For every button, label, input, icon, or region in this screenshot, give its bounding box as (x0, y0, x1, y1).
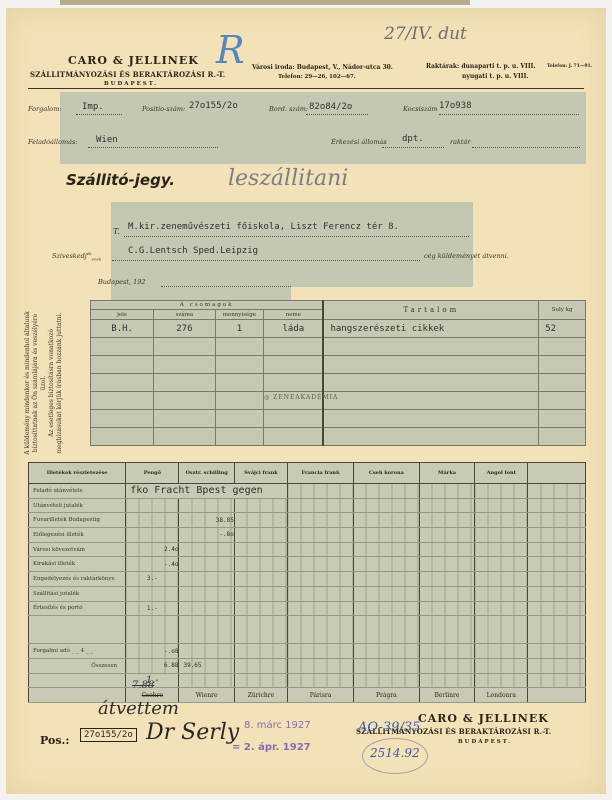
fees-col-pengo: Pengő (126, 463, 179, 484)
total-schilling: 39.65 (179, 658, 234, 673)
fee-schilling (179, 542, 234, 557)
packages-group-header: A csomagok (91, 301, 324, 310)
fee-pengo: -.4o (126, 557, 179, 572)
fee-schilling (179, 557, 234, 572)
struck-handwritten-amount: 7.88 (132, 680, 154, 691)
fee-pengo (126, 586, 179, 601)
cell-jele: B.H. (91, 320, 154, 338)
erkezesi-value: dpt. (402, 134, 424, 144)
bord-value: 82o84/2o (309, 102, 352, 112)
fee-label: Fuvarilleték Budapestig (29, 513, 126, 528)
fees-col-label: Illetékek részletezése (29, 463, 126, 484)
fee-row: Előlegezési illeték -.8o (29, 528, 586, 543)
ceg-label: cég küldeményét átvenni. (424, 252, 509, 260)
table-row (91, 374, 586, 392)
fee-label: Előlegezési illeték (29, 528, 126, 543)
handwritten-instruction: leszállitani (228, 166, 348, 191)
weight-header: Suly kg (539, 301, 586, 320)
fee-pengo: 3.- (126, 572, 179, 587)
fee-row (29, 616, 586, 644)
city-office-phone: Telefon: 29—26, 102—67. (278, 74, 356, 80)
bord-line (306, 114, 368, 115)
place-date-line (161, 286, 291, 287)
cell-szama: 276 (154, 320, 215, 338)
cell-neme: láda (264, 320, 324, 338)
dest-berlinre: Berlinre (419, 688, 474, 703)
fees-table: Illetékek részletezése Pengő Osztr. schi… (28, 462, 586, 703)
forgalom-line (76, 114, 122, 115)
stamp-date-2: = 2. ápr. 1927 (232, 742, 311, 753)
fees-col-extra (528, 463, 586, 484)
content-header: Tartalom (323, 301, 538, 320)
cell-tartalom: hangszerészeti cikkek (323, 320, 538, 338)
table-row (91, 428, 586, 446)
fee-row: Engedélyezés és raktárkönyv. 3.- (29, 572, 586, 587)
warehouses-address-2: nyugati t. p. u. VIII. (462, 73, 528, 80)
table-row: B.H. 276 1 láda hangszerészeti cikkek 52 (91, 320, 586, 338)
dest-wienre: Wienre (179, 688, 234, 703)
to-prefix: T. (113, 227, 120, 236)
fees-col-marka: Márka (419, 463, 474, 484)
recipient-line (124, 236, 469, 237)
felado-line (88, 147, 218, 148)
fees-extra-row: 1.- (29, 673, 586, 688)
header-rule (28, 88, 584, 89)
fee-row: Értesítés és portó 1.- (29, 601, 586, 616)
pos-label: Pos.: (40, 734, 69, 747)
cell-mennyisege: 1 (215, 320, 264, 338)
side-note: A küldemény mindenkor és mindenhol által… (24, 308, 64, 458)
fee-label (29, 616, 126, 644)
warehouses-phone: Telefon: J. 71—91. (547, 64, 592, 69)
company-city: BUDAPEST. (104, 81, 158, 87)
fee-row: Fuvarilleték Budapestig 38.85 (29, 513, 586, 528)
fee-label: Engedélyezés és raktárkönyv. (29, 572, 126, 587)
table-row (91, 410, 586, 428)
bord-label: Bord. szám: (269, 105, 308, 113)
szives-label: Sziveskedjékenek (52, 251, 101, 261)
fees-col-svajci: Svájci frank (234, 463, 287, 484)
fee-label: Kirakási illeték (29, 557, 126, 572)
fee-schilling: 38.85 (179, 513, 234, 528)
fee-label: Értesítés és portó (29, 601, 126, 616)
col-szama: száma (154, 310, 215, 320)
table-row (91, 338, 586, 356)
fee-label: Utánvételi jutalék (29, 498, 126, 513)
fee-label: Városi kövezetvám (29, 542, 126, 557)
fee-schilling (179, 498, 234, 513)
fee-schilling: -.8o (179, 528, 234, 543)
forgalom-value: Imp. (82, 102, 104, 112)
felado-label: Feladóállomás: (28, 138, 78, 146)
kocsi-value: 17o938 (439, 101, 472, 111)
fee-note: fko Fracht Bpest gegen (126, 484, 288, 499)
fee-schilling (179, 601, 234, 616)
fees-col-schilling: Osztr. schilling (179, 463, 234, 484)
fee-row: Városi kövezetvám 2.4o (29, 542, 586, 557)
fee-label: Szállitási jutalék (29, 586, 126, 601)
city-office-address: Városi iroda: Budapest, V., Nádor-utca 3… (252, 64, 393, 71)
handwritten-date: 27/IV. dut (384, 24, 467, 44)
dest-pragra: Prágra (353, 688, 419, 703)
stamp-date-1: 8. márc 1927 (244, 720, 311, 731)
fee-schilling (179, 644, 234, 659)
packages-table: A csomagok Tartalom Suly kg jele száma m… (90, 300, 586, 446)
fee-label: Feladó utánvétele (29, 484, 126, 499)
fee-pengo: 1.- (126, 601, 179, 616)
archive-reference: AO-39/35 (358, 720, 420, 735)
fee-pengo (126, 498, 179, 513)
fee-pengo: -.o8 (126, 644, 179, 659)
dest-extra (528, 688, 586, 703)
fee-row: Szállitási jutalék (29, 586, 586, 601)
fee-row: Kirakási illeték -.4o (29, 557, 586, 572)
total-label: Összesen (29, 658, 126, 673)
positio-value: 27o155/2o (189, 101, 238, 111)
pos-value-box: 27o155/2o (80, 728, 137, 742)
fees-col-cseh: Cseh korona (353, 463, 419, 484)
fees-col-francia: Francia frank (288, 463, 354, 484)
col-jele: jele (91, 310, 154, 320)
fees-col-angol: Angol font (475, 463, 528, 484)
erkezesi-line (382, 147, 444, 148)
kocsi-label: Kocsiszám (403, 105, 437, 113)
signature: Dr Serly (146, 720, 239, 745)
recipient-value: M.kir.zeneművészeti főiskola, Liszt Fere… (128, 222, 399, 232)
waybill-document: CARO & JELLINEK SZÁLLITMÁNYOZÁSI ÉS BERA… (6, 8, 606, 794)
dest-zurichre: Zürichre (234, 688, 287, 703)
raktar-line (472, 147, 580, 148)
fee-row: Feladó utánvétele fko Fracht Bpest gegen (29, 484, 586, 499)
felado-value: Wien (96, 135, 118, 145)
dest-parisra: Párisra (288, 688, 354, 703)
warehouses-address: Raktárak: dunaparti t. p. u. VIII. (426, 63, 536, 70)
kocsi-line (439, 114, 579, 115)
fee-schilling (179, 572, 234, 587)
scan-edge (60, 0, 470, 5)
handwritten-initial: R (216, 28, 245, 72)
fee-row: Utánvételi jutalék (29, 498, 586, 513)
fee-schilling (179, 586, 234, 601)
footer-company-city: BUDAPEST. (458, 739, 512, 745)
forwarder-line (112, 260, 420, 261)
library-stamp-watermark: ◎ ZENEAKADÉMIA (264, 394, 338, 401)
fee-label: Forgalmi adó _ _ 4 _ _ (29, 644, 126, 659)
watermark-text: ZENEAKADÉMIA (273, 394, 338, 401)
place-date-label: Budapest, 192 (98, 278, 146, 286)
fees-total-row: Összesen 6.88 39.65 (29, 658, 586, 673)
cell-suly: 52 (539, 320, 586, 338)
forwarder-value: C.G.Lentsch Sped.Leipzig (128, 246, 258, 256)
raktar-label: raktár (450, 138, 471, 146)
total-pengo: 6.88 (126, 658, 179, 673)
fee-row: Forgalmi adó _ _ 4 _ _ -.o8 (29, 644, 586, 659)
side-note-line-1: A küldemény mindenkor és mindenhol által… (24, 308, 48, 458)
footer-company-name: CARO & JELLINEK (418, 712, 549, 725)
fee-pengo: 2.4o (126, 542, 179, 557)
recipient-panel (111, 202, 473, 287)
side-note-line-2: Az esetleges biztosításra vonatkozó megb… (48, 308, 64, 458)
company-subtitle: SZÁLLITMÁNYOZÁSI ÉS BERAKTÁROZÁSI R.-T. (30, 70, 225, 79)
fee-pengo (126, 513, 179, 528)
dest-londonra: Londonra (475, 688, 528, 703)
company-name: CARO & JELLINEK (68, 54, 199, 67)
handwritten-received: átvettem (98, 698, 179, 719)
document-title: Szállitó-jegy. (66, 171, 175, 189)
col-mennyisege: mennyisége (215, 310, 264, 320)
positio-label: Positio-szám: (142, 105, 185, 113)
fee-pengo (126, 528, 179, 543)
col-neme: neme (264, 310, 324, 320)
erkezesi-label: Érkezési állomás (331, 138, 387, 146)
forgalom-label: Forgalom: (28, 105, 62, 113)
table-row (91, 356, 586, 374)
archive-stamp-number: 2514.92 (370, 746, 420, 760)
